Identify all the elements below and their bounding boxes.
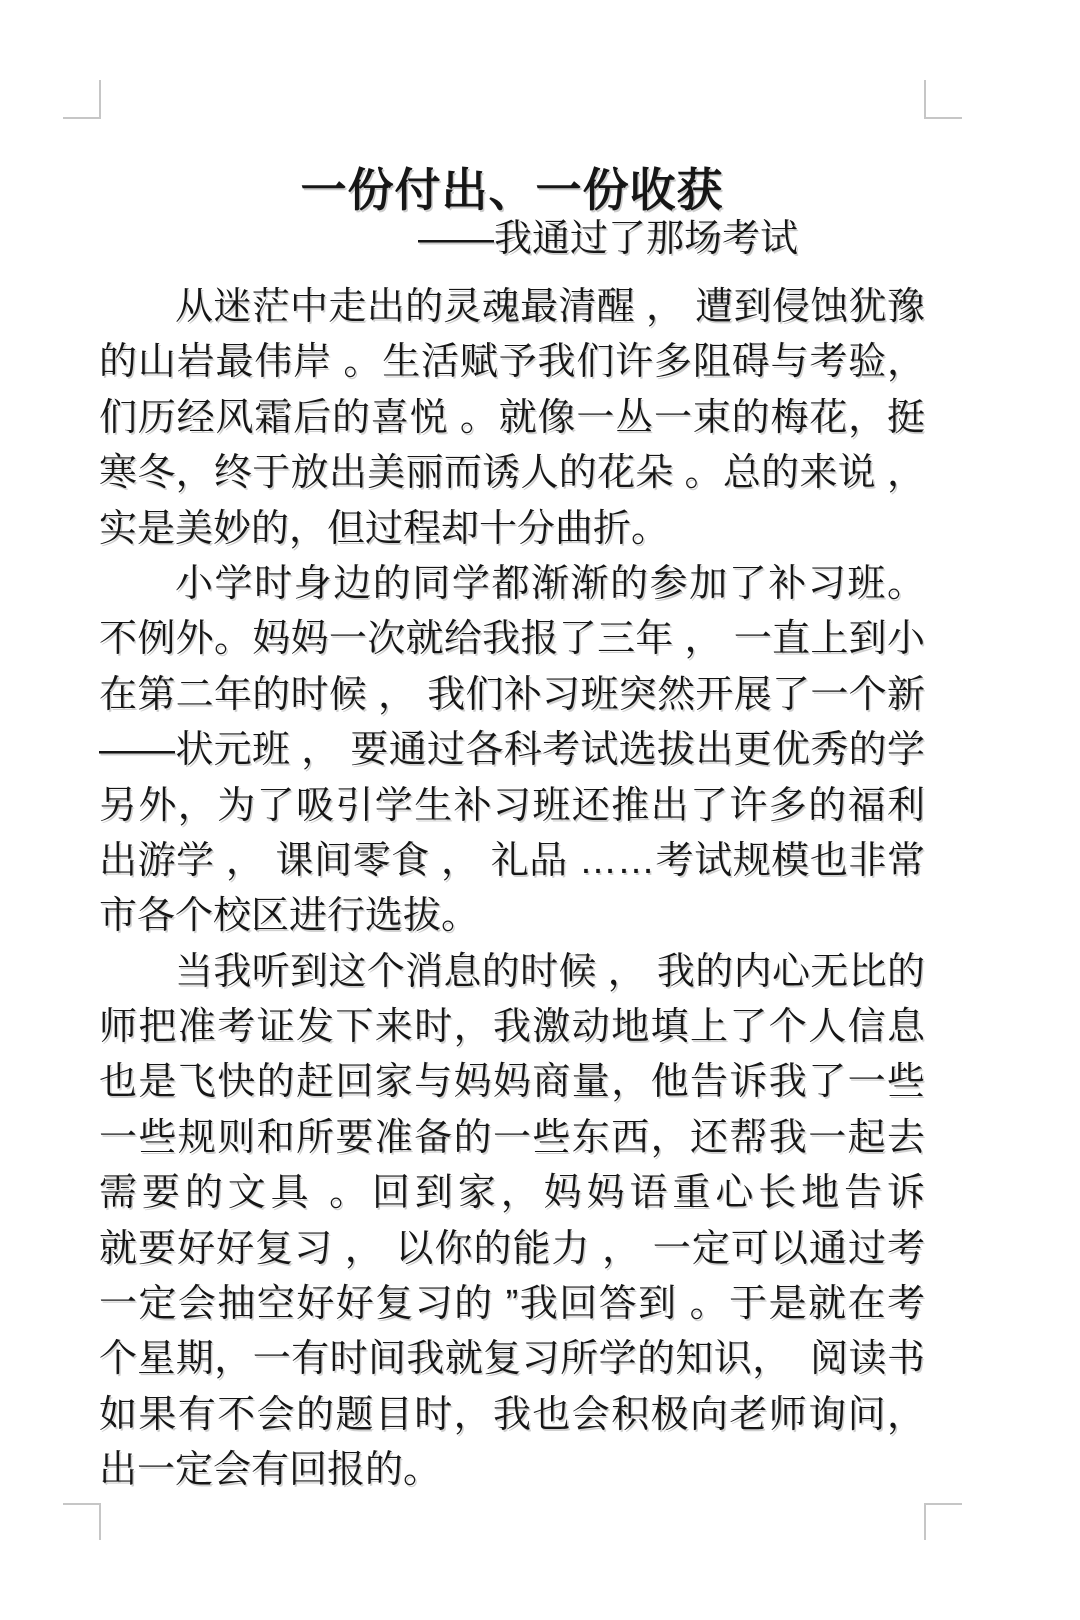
text-line: 市各个校区进行选拔。 [99, 889, 925, 944]
text-line: 也是飞快的赶回家与妈妈商量，他告诉我了一些关于考试的 [99, 1055, 925, 1110]
text-line: 在第二年的时候 ， 我们补习班突然开展了一个新的班级 [99, 668, 925, 723]
text-line: 的山岩最伟岸 。生活赋予我们许多阻碍与考验，又赐予我 [99, 335, 925, 390]
text-line: ——状元班 ， 要通过各科考试选拔出更优秀的学生加入。 [99, 723, 925, 778]
text-boundary-mark-bottom-left [63, 1503, 101, 1540]
text-line: 需要的文具 。回到家，妈妈语重心长地告诉我：“如果想去 ， [99, 1166, 925, 1221]
text-line: 一定会抽空好好复习的 ”我回答到 。于是就在考试的前几 [99, 1277, 925, 1332]
text-line: 个星期，一有时间我就复习所学的知识， 阅读书籍。同时。 [99, 1332, 925, 1387]
text-line: 如果有不会的题目时，我也会积极向老师询问，我坚信：付 [99, 1388, 925, 1443]
text-line: 师把准考证发下来时，我激动地填上了个人信息 。下课后 [99, 1000, 925, 1055]
text-line: 一些规则和所要准备的一些东西，还帮我一起去文具店购买 [99, 1111, 925, 1166]
text-line: 出游学 ， 课间零食 ， 礼品 ……考试规模也非常大，要在全 [99, 834, 925, 889]
essay-body: 从迷茫中走出的灵魂最清醒 ， 遭到侵蚀犹豫抵挡风沙的山岩最伟岸 。生活赋予我们许… [99, 280, 925, 1499]
text-line: 就要好好复习 ， 以你的能力 ， 一定可以通过考试 。”“我 [99, 1222, 925, 1277]
text-line: 实是美妙的，但过程却十分曲折。 [99, 502, 925, 557]
text-line: 另外，为了吸引学生补习班还推出了许多的福利 ， 比如外 [99, 779, 925, 834]
text-line: 出一定会有回报的。 [99, 1443, 925, 1498]
text-line: 小学时身边的同学都渐渐的参加了补习班。当然，我也 [99, 557, 925, 612]
text-boundary-mark-top-left [63, 80, 101, 119]
text-boundary-mark-top-right [924, 80, 962, 119]
text-line: 从迷茫中走出的灵魂最清醒 ， 遭到侵蚀犹豫抵挡风沙 [99, 280, 925, 335]
text-line: 寒冬，终于放出美丽而诱人的花朵 。总的来说 ， 成功的果 [99, 446, 925, 501]
text-line: 当我听到这个消息的时候 ， 我的内心无比的兴奋。老 [99, 945, 925, 1000]
essay-subtitle: ——我通过了那场考试 [418, 210, 798, 268]
text-boundary-mark-bottom-right [924, 1503, 962, 1540]
text-line: 们历经风霜后的喜悦 。就像一丛一束的梅花，挺过凛冽的 [99, 391, 925, 446]
text-line: 不例外。妈妈一次就给我报了三年 ， 一直上到小学毕业。 [99, 612, 925, 667]
document-page: 一份付出、一份收获 ——我通过了那场考试 从迷茫中走出的灵魂最清醒 ， 遭到侵蚀… [0, 0, 1080, 1620]
